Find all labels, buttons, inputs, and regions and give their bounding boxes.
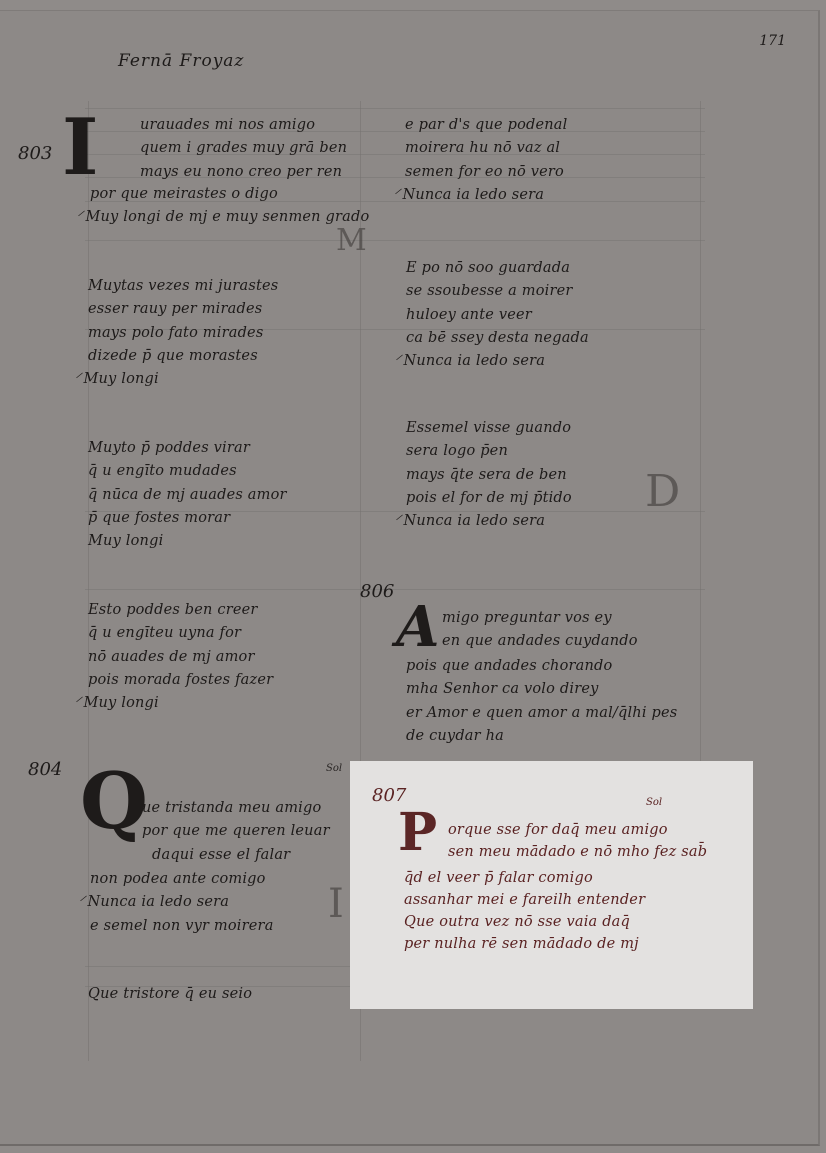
- faded-initial-i: I: [328, 881, 344, 927]
- stanza-2: Muytas vezes mi jurastes esser rauy per …: [88, 275, 278, 391]
- poem-804-trailing: Que tristore q̄ eu seio: [88, 983, 252, 1006]
- poem-807-lines-b: q̄d el veer p̄ falar comigo assanhar mei…: [404, 867, 645, 955]
- stanza-6: Essemel visse guando sera logo p̄en mays…: [406, 417, 572, 533]
- poem-806-lines-a: migo preguntar vos ey en que andades cuy…: [442, 607, 638, 654]
- poem-807-lines-a: orque sse for daq̄ meu amigo sen meu mād…: [448, 819, 707, 863]
- stanza-5: E po nō soo guardada se ssoubesse a moir…: [406, 257, 589, 373]
- manuscript-page: Fernā Froyaz 171 803 I urauades mi nos a…: [0, 10, 820, 1146]
- poem-number: 803: [18, 143, 52, 164]
- stanza-continuation: e par d's que podenal moirera hu nō vaz …: [405, 114, 567, 207]
- illuminated-initial-i: I: [62, 109, 99, 187]
- stanza-3: Muyto p̄ poddes virar q̄ u engīto mudade…: [88, 437, 287, 553]
- ruling-line: [85, 108, 705, 109]
- faded-initial-d: D: [645, 466, 680, 517]
- stanza-4: Esto poddes ben creer q̄ u engīteu uyna …: [88, 599, 273, 715]
- illuminated-initial-a: A: [396, 599, 439, 655]
- ruling-line: [85, 589, 705, 590]
- poem-804-lines-b: non podea ante comigo Nunca ia ledo sera…: [90, 868, 274, 938]
- margin-note: Sol: [326, 763, 342, 774]
- author-heading: Fernā Froyaz: [118, 51, 244, 71]
- folio-number: 171: [759, 33, 786, 49]
- margin-rule: [88, 101, 89, 1061]
- stanza-1: urauades mi nos amigo quem i grades muy …: [140, 114, 347, 184]
- stanza-1-tail: por que meirastes o digo Muy longi de mj…: [90, 183, 369, 230]
- ruling-line: [85, 240, 705, 241]
- poem-806-lines-b: pois que andades chorando mha Senhor ca …: [406, 655, 677, 748]
- poem-804-lines-a: ue tristanda meu amigo por que me queren…: [142, 797, 330, 867]
- margin-note: Sol: [646, 797, 662, 808]
- margin-rule: [700, 101, 701, 801]
- illuminated-initial-q: Q: [80, 763, 148, 841]
- poem-number: 804: [28, 759, 62, 780]
- faded-initial-m: M: [336, 223, 367, 258]
- illuminated-initial-p: P: [398, 807, 437, 859]
- poem-number: 806: [360, 581, 394, 602]
